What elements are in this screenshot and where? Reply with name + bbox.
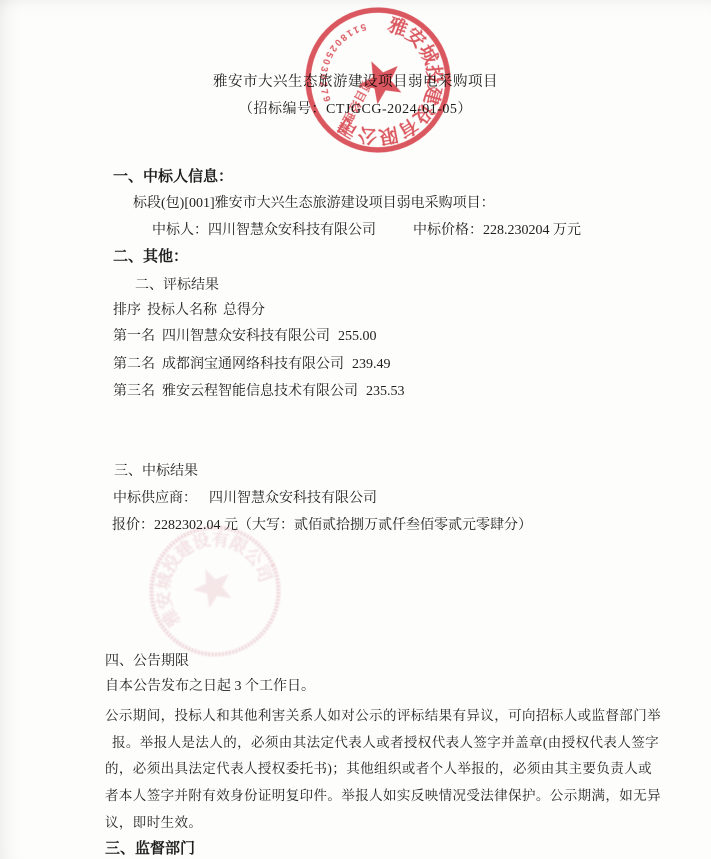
- supplier-label: 中标供应商：: [113, 489, 197, 509]
- price-value: 228.230204 万元: [483, 221, 581, 241]
- column-bidder: 投标人名称: [147, 301, 217, 321]
- column-score: 总得分: [223, 301, 265, 321]
- score: 255.00: [338, 327, 377, 347]
- heading-eval-results: 二、评标结果: [135, 276, 711, 296]
- rank: 第一名: [113, 327, 155, 347]
- bidder-name: 成都润宝通网络科技有限公司: [162, 355, 344, 375]
- heading-announcement-period: 四、公告期限: [105, 652, 711, 672]
- eval-row-3: 第三名 雅安云程智能信息技术有限公司 235.53: [113, 382, 711, 402]
- eval-table-header: 排序 投标人名称 总得分: [113, 301, 711, 321]
- supplier-row: 中标供应商： 四川智慧众安科技有限公司: [113, 489, 711, 509]
- announcement-body-line-1: 公示期间，投标人和其他利害关系人如对公示的评标结果有异议，可向招标人或监督部门举: [105, 706, 711, 726]
- rank: 第三名: [113, 382, 155, 402]
- winner-row: 中标人： 四川智慧众安科技有限公司 中标价格： 228.230204 万元: [152, 221, 711, 241]
- quote-line: 报价：2282302.04 元（大写：贰佰贰拾捌万贰仟叁佰零贰元零肆分）: [112, 516, 711, 536]
- announcement-body-line-4: 者本人签字并附有效身份证明复印件。举报人如实反映情况受法律保护。公示期满，如无异: [105, 786, 711, 806]
- winner-label: 中标人：: [152, 221, 208, 241]
- column-rank: 排序: [113, 301, 141, 321]
- lot-line: 标段(包)[001]雅安市大兴生态旅游建设项目弱电采购项目：: [133, 194, 711, 214]
- bidder-name: 四川智慧众安科技有限公司: [162, 327, 330, 347]
- heading-supervision: 三、监督部门: [105, 839, 711, 859]
- heading-other: 二、其他：: [113, 247, 711, 267]
- heading-award-result: 三、中标结果: [114, 462, 711, 482]
- announcement-body-line-3: 的，必须出具法定代表人授权委托书)；其他组织或者个人举报的，必须由其主要负责人或: [105, 759, 711, 779]
- rank: 第二名: [113, 355, 155, 375]
- score: 235.53: [366, 382, 405, 402]
- announcement-body-line-5: 议，即时生效。: [105, 813, 711, 833]
- bidder-name: 雅安云程智能信息技术有限公司: [162, 382, 358, 402]
- supplier-name: 四川智慧众安科技有限公司: [209, 489, 377, 509]
- winner-name: 四川智慧众安科技有限公司: [208, 221, 376, 241]
- announcement-duration: 自本公告发布之日起 3 个工作日。: [105, 677, 711, 697]
- score: 239.49: [352, 355, 391, 375]
- document-page: 雅安城投建设有限公司 雅安城投建设有限公司 5118025030279 项目经理…: [0, 0, 711, 859]
- eval-row-2: 第二名 成都润宝通网络科技有限公司 239.49: [113, 355, 711, 375]
- announcement-body-line-2: 报。举报人是法人的，必须由其法定代表人或者授权代表人签字并盖章(由授权代表人签字: [112, 733, 711, 753]
- eval-row-1: 第一名 四川智慧众安科技有限公司 255.00: [113, 327, 711, 347]
- price-label: 中标价格：: [413, 221, 483, 241]
